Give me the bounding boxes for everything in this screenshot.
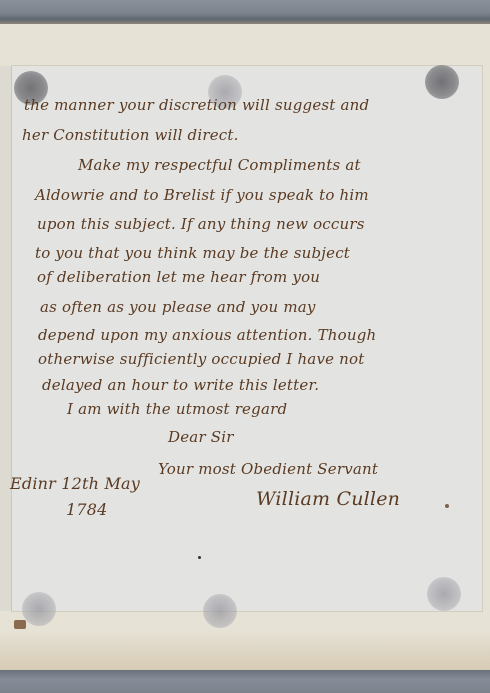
letter-line: I am with the utmost regard (67, 400, 287, 418)
salutation: Dear Sir (168, 428, 234, 446)
letter-line: the manner your discretion will suggest … (24, 96, 369, 114)
signature: William Cullen (256, 488, 400, 510)
ink-spot (445, 504, 449, 508)
letter-line: of deliberation let me hear from you (37, 268, 320, 286)
ink-spot (198, 556, 201, 559)
letter-line: her Constitution will direct. (22, 126, 239, 144)
frame-top-band (0, 0, 490, 24)
stain-spot (14, 620, 26, 629)
closing: Your most Obedient Servant (158, 460, 378, 478)
place-date: Edinr 12th May (10, 474, 140, 493)
letter-line: to you that you think may be the subject (35, 244, 350, 262)
frame-bottom-band (0, 670, 490, 693)
hinge-mark-bottom-center (203, 594, 237, 628)
date-year: 1784 (66, 500, 108, 519)
hinge-mark-bottom-right (427, 577, 461, 611)
hinge-mark-bottom-left (22, 592, 56, 626)
letter-line: upon this subject. If any thing new occu… (37, 215, 365, 233)
letter-line: depend upon my anxious attention. Though (38, 326, 376, 344)
paper-left-edge (0, 66, 12, 611)
letter-line: delayed an hour to write this letter. (42, 376, 319, 394)
letter-line: otherwise sufficiently occupied I have n… (38, 350, 364, 368)
letter-line: Aldowrie and to Brelist if you speak to … (35, 186, 369, 204)
hinge-mark-top-right (425, 65, 459, 99)
letter-line: Make my respectful Compliments at (78, 156, 361, 174)
mount-stain (0, 630, 490, 672)
letter-line: as often as you please and you may (40, 298, 316, 316)
